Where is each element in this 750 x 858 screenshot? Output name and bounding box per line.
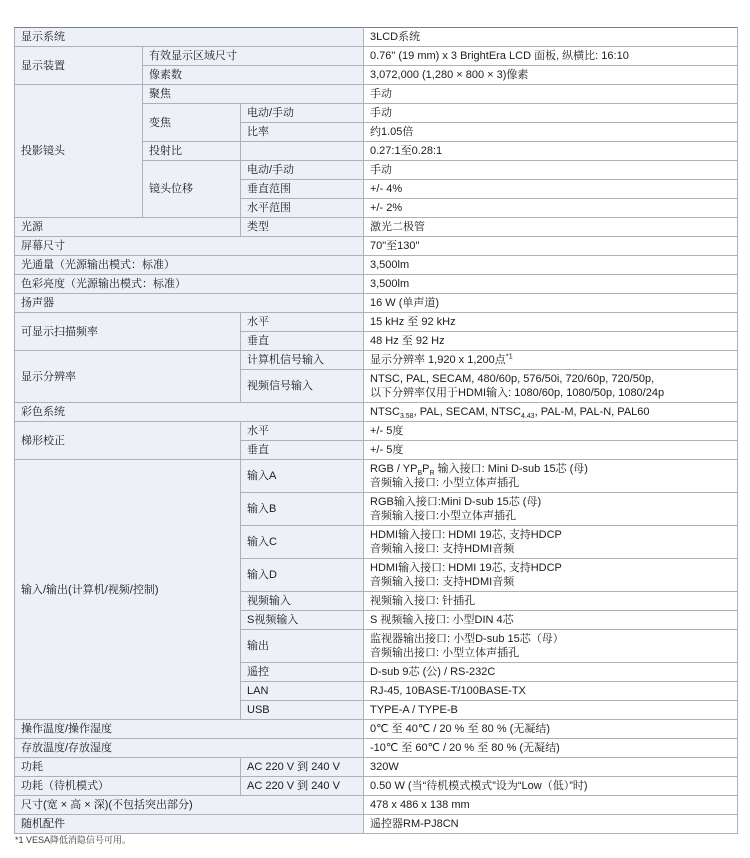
spec-label-cell: 视频信号输入 [241,370,364,403]
spec-label-cell: 垂直范围 [241,180,364,199]
spec-value-cell: S 视频输入接口: 小型DIN 4芯 [364,611,738,630]
spec-value-cell: 48 Hz 至 92 Hz [364,332,738,351]
spec-label-cell: 聚焦 [143,85,364,104]
spec-value-cell: 0.27:1至0.28:1 [364,142,738,161]
spec-label-cell: AC 220 V 到 240 V [241,777,364,796]
spec-label-cell: 色彩亮度（光源输出模式：标准） [15,275,364,294]
spec-value-cell: 手动 [364,161,738,180]
spec-value-cell: 激光二极管 [364,218,738,237]
spec-value-cell: RGB输入接口:Mini D-sub 15芯 (母)音频输入接口:小型立体声插孔 [364,493,738,526]
spec-value-cell: 16 W (单声道) [364,294,738,313]
spec-label-cell: 输入/输出(计算机/视频/控制) [15,460,241,720]
spec-label-cell: 显示分辨率 [15,351,241,403]
spec-value-cell: 478 x 486 x 138 mm [364,796,738,815]
spec-value-cell: +/- 5度 [364,422,738,441]
spec-label-cell: 投射比 [143,142,241,161]
table-row: 显示分辨率计算机信号输入显示分辨率 1,920 x 1,200点*1 [15,351,738,370]
spec-table: 显示系统3LCD系统显示装置有效显示区域尺寸0.76" (19 mm) x 3 … [14,27,738,834]
spec-label-cell: 输入B [241,493,364,526]
spec-label-cell: 功耗 [15,758,241,777]
spec-value-cell: 遥控器RM-PJ8CN [364,815,738,834]
spec-value-cell: 0.50 W (当“待机模式模式”设为“Low（低）”时) [364,777,738,796]
spec-label-cell: 光源 [15,218,241,237]
spec-value-cell: 0℃ 至 40℃ / 20 % 至 80 % (无凝结) [364,720,738,739]
spec-label-cell: 遥控 [241,663,364,682]
spec-value-cell: 3,500lm [364,256,738,275]
spec-value-cell: 约1.05倍 [364,123,738,142]
spec-label-cell: 屏幕尺寸 [15,237,364,256]
spec-value-cell: 0.76" (19 mm) x 3 BrightEra LCD 面板, 纵横比:… [364,47,738,66]
table-row: 光通量（光源输出模式：标准）3,500lm [15,256,738,275]
table-row: 屏幕尺寸70"至130" [15,237,738,256]
spec-label-cell: 比率 [241,123,364,142]
spec-label-cell: 可显示扫描频率 [15,313,241,351]
table-row: 功耗（待机模式）AC 220 V 到 240 V0.50 W (当“待机模式模式… [15,777,738,796]
spec-label-cell: AC 220 V 到 240 V [241,758,364,777]
footnote: *1 VESA降低消隐信号可用。 [15,833,131,846]
spec-label-cell: 有效显示区域尺寸 [143,47,364,66]
spec-value-cell: RGB / YPBPR 输入接口: Mini D-sub 15芯 (母)音频输入… [364,460,738,493]
spec-label-cell: 投影镜头 [15,85,143,218]
table-row: 可显示扫描频率水平15 kHz 至 92 kHz [15,313,738,332]
spec-label-cell: 输入D [241,559,364,592]
spec-label-cell: 水平范围 [241,199,364,218]
table-row: 显示装置有效显示区域尺寸0.76" (19 mm) x 3 BrightEra … [15,47,738,66]
spec-label-cell: 显示系统 [15,28,364,47]
spec-value-cell: 70"至130" [364,237,738,256]
table-row: 操作温度/操作湿度0℃ 至 40℃ / 20 % 至 80 % (无凝结) [15,720,738,739]
table-row: 存放温度/存放湿度-10℃ 至 60℃ / 20 % 至 80 % (无凝结) [15,739,738,758]
spec-label-cell: 电动/手动 [241,161,364,180]
spec-label-cell: LAN [241,682,364,701]
spec-label-cell: 输出 [241,630,364,663]
spec-value-cell: +/- 2% [364,199,738,218]
spec-label-cell: 变焦 [143,104,241,142]
spec-label-cell: 梯形校正 [15,422,241,460]
spec-label-cell: 彩色系统 [15,403,364,422]
spec-value-cell: +/- 4% [364,180,738,199]
spec-label-cell: 光通量（光源输出模式：标准） [15,256,364,275]
spec-label-cell: 存放温度/存放湿度 [15,739,364,758]
table-row: 光源类型激光二极管 [15,218,738,237]
spec-label-cell: USB [241,701,364,720]
spec-value-cell: D-sub 9芯 (公) / RS-232C [364,663,738,682]
spec-value-cell: NTSC3.58, PAL, SECAM, NTSC4.43, PAL-M, P… [364,403,738,422]
spec-label-cell: 操作温度/操作湿度 [15,720,364,739]
spec-label-cell: 显示装置 [15,47,143,85]
spec-label-cell: S视频输入 [241,611,364,630]
spec-value-cell: 3LCD系统 [364,28,738,47]
spec-label-cell: 水平 [241,313,364,332]
table-row: 显示系统3LCD系统 [15,28,738,47]
table-row: 投影镜头聚焦手动 [15,85,738,104]
spec-label-cell: 视频输入 [241,592,364,611]
table-row: 输入/输出(计算机/视频/控制)输入ARGB / YPBPR 输入接口: Min… [15,460,738,493]
table-row: 彩色系统NTSC3.58, PAL, SECAM, NTSC4.43, PAL-… [15,403,738,422]
spec-value-cell: 3,072,000 (1,280 × 800 × 3)像素 [364,66,738,85]
spec-value-cell: NTSC, PAL, SECAM, 480/60p, 576/50i, 720/… [364,370,738,403]
table-row: 梯形校正水平+/- 5度 [15,422,738,441]
table-row: 尺寸(宽 × 高 × 深)(不包括突出部分)478 x 486 x 138 mm [15,796,738,815]
spec-value-cell: -10℃ 至 60℃ / 20 % 至 80 % (无凝结) [364,739,738,758]
table-row: 色彩亮度（光源输出模式：标准）3,500lm [15,275,738,294]
spec-label-cell: 垂直 [241,441,364,460]
spec-value-cell: HDMI输入接口: HDMI 19芯, 支持HDCP音频输入接口: 支持HDMI… [364,559,738,592]
spec-value-cell: 手动 [364,85,738,104]
spec-value-cell: HDMI输入接口: HDMI 19芯, 支持HDCP音频输入接口: 支持HDMI… [364,526,738,559]
spec-value-cell: 3,500lm [364,275,738,294]
spec-label-cell: 像素数 [143,66,364,85]
spec-value-cell: RJ-45, 10BASE-T/100BASE-TX [364,682,738,701]
spec-value-cell: 监视器输出接口: 小型D-sub 15芯（母）音频输出接口: 小型立体声插孔 [364,630,738,663]
spec-label-cell [241,142,364,161]
spec-value-cell: TYPE-A / TYPE-B [364,701,738,720]
spec-value-cell: +/- 5度 [364,441,738,460]
spec-label-cell: 扬声器 [15,294,364,313]
spec-label-cell: 随机配件 [15,815,364,834]
spec-value-cell: 手动 [364,104,738,123]
spec-value-cell: 320W [364,758,738,777]
table-row: 随机配件遥控器RM-PJ8CN [15,815,738,834]
spec-value-cell: 视频输入接口: 针插孔 [364,592,738,611]
table-row: 功耗AC 220 V 到 240 V320W [15,758,738,777]
spec-label-cell: 垂直 [241,332,364,351]
spec-table-body: 显示系统3LCD系统显示装置有效显示区域尺寸0.76" (19 mm) x 3 … [15,28,738,834]
spec-value-cell: 15 kHz 至 92 kHz [364,313,738,332]
spec-label-cell: 输入C [241,526,364,559]
spec-table-container: 显示系统3LCD系统显示装置有效显示区域尺寸0.76" (19 mm) x 3 … [14,27,737,834]
spec-label-cell: 电动/手动 [241,104,364,123]
spec-label-cell: 水平 [241,422,364,441]
spec-label-cell: 镜头位移 [143,161,241,218]
spec-label-cell: 尺寸(宽 × 高 × 深)(不包括突出部分) [15,796,364,815]
table-row: 扬声器16 W (单声道) [15,294,738,313]
spec-label-cell: 类型 [241,218,364,237]
spec-label-cell: 功耗（待机模式） [15,777,241,796]
spec-value-cell: 显示分辨率 1,920 x 1,200点*1 [364,351,738,370]
spec-label-cell: 输入A [241,460,364,493]
spec-label-cell: 计算机信号输入 [241,351,364,370]
